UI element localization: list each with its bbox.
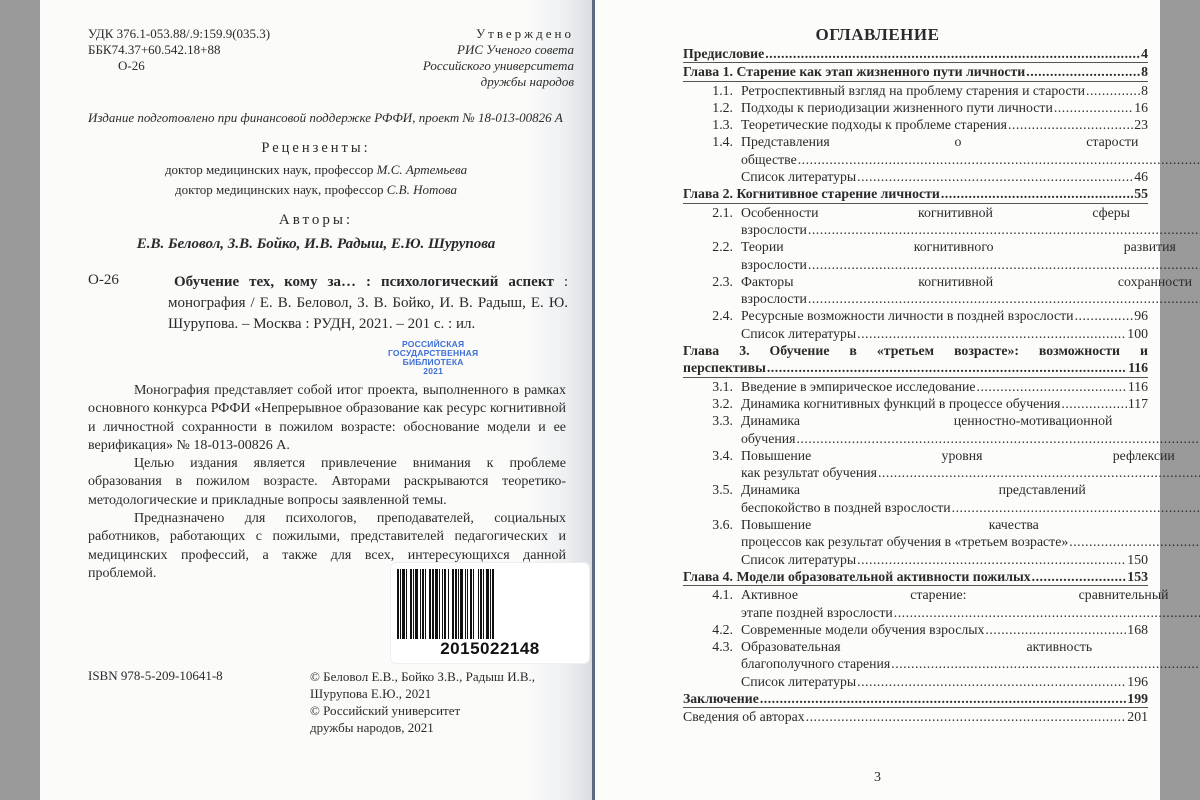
- book-title: Обучение тех, кому за… : психологический…: [174, 274, 554, 290]
- table-of-contents: Предисловие4Глава 1. Старение как этап ж…: [683, 45, 1148, 726]
- bbk-code: ББК74.37+60.542.18+88: [88, 42, 270, 58]
- toc-dot-leader: [808, 221, 1200, 238]
- toc-entry-title: Введение в эмпирическое исследование: [741, 378, 976, 395]
- toc-entry-title: этапе поздней взрослости: [741, 604, 893, 621]
- toc-entry-title: взрослости: [741, 221, 807, 238]
- toc-entry-word: развития: [1124, 238, 1176, 255]
- toc-entry-word: Представления: [741, 133, 830, 150]
- toc-entry-word: Повышение: [741, 447, 811, 464]
- toc-entry-number: 3.4.: [695, 447, 741, 482]
- copyright-line: © Беловол Е.В., Бойко З.В., Радыш И.В.,: [310, 668, 535, 685]
- toc-entry: 2.4.Ресурсные возможности личности в поз…: [683, 307, 1148, 324]
- toc-dot-leader: [857, 168, 1133, 185]
- barcode-sticker: 2015022148: [390, 562, 590, 664]
- toc-dot-leader: [1069, 533, 1200, 550]
- toc-entry-title: Глава 1. Старение как этап жизненного пу…: [683, 63, 1025, 80]
- toc-entry-number: 3.2.: [695, 395, 741, 412]
- approval-line: Российского университета: [423, 58, 574, 74]
- toc-dot-leader: [1061, 395, 1126, 412]
- toc-entry-word: Образовательная: [741, 638, 841, 655]
- toc-entry-line: этапе поздней взрослости153: [741, 604, 1200, 621]
- toc-dot-leader: [1054, 99, 1133, 116]
- toc-entry-word: Теории: [741, 238, 784, 255]
- toc-entry-word: активность: [1027, 638, 1093, 655]
- toc-entry-word: представлений: [999, 481, 1086, 498]
- toc-dot-leader: [857, 551, 1126, 568]
- bib-code: О-26: [88, 272, 119, 289]
- toc-dot-leader: [857, 325, 1126, 342]
- copyright-line: Шурупова Е.Ю., 2021: [310, 685, 535, 702]
- book-spread: УДК 376.1-053.88/.9:159.9(035.3) ББК74.3…: [40, 0, 1160, 800]
- toc-entry-word: Глава: [683, 342, 719, 359]
- toc-entry-word: Динамика: [741, 412, 800, 429]
- toc-entry: Сведения об авторах201: [683, 708, 1148, 725]
- toc-entry-title: Сведения об авторах: [683, 708, 805, 725]
- toc-entry-page: 201: [1127, 708, 1148, 725]
- toc-entry: Список литературы46: [683, 168, 1148, 185]
- toc-entry-page: 4: [1141, 45, 1148, 62]
- toc-entry-page: 116: [1128, 359, 1148, 376]
- toc-entry-word: Обучение: [770, 342, 830, 359]
- stamp-line: 2021: [388, 367, 478, 376]
- udk-code: УДК 376.1-053.88/.9:159.9(035.3): [88, 26, 270, 42]
- toc-entry-word: когнитивного: [914, 238, 994, 255]
- toc-entry: 3.3.Динамикаценностно-мотивационнойсферы…: [683, 412, 1148, 447]
- toc-entry-line: взрослости85: [741, 290, 1200, 307]
- toc-entry-line: обучения123: [741, 430, 1200, 447]
- toc-entry-line: взрослости77: [741, 256, 1200, 273]
- toc-entry: 3.2.Динамика когнитивных функций в проце…: [683, 395, 1148, 412]
- toc-entry-word: Особенности: [741, 204, 819, 221]
- funding-note: Издание подготовлено при финансовой подд…: [88, 110, 563, 126]
- toc-dot-leader: [985, 621, 1126, 638]
- toc-entry-word: уровня: [942, 447, 983, 464]
- toc-entry-number: 2.1.: [695, 204, 741, 239]
- toc-entry-number: 2.4.: [695, 307, 741, 324]
- toc-entry-page: 116: [1128, 378, 1148, 395]
- toc-entry-word: старости: [1086, 133, 1138, 150]
- toc-dot-leader: [891, 655, 1200, 672]
- toc-entry-page: 55: [1134, 185, 1148, 202]
- toc-entry-word: рефлексии: [1113, 447, 1175, 464]
- toc-dot-leader: [1026, 63, 1140, 80]
- library-stamp: РОССИЙСКАЯ ГОСУДАРСТВЕННАЯ БИБЛИОТЕКА 20…: [388, 340, 478, 376]
- toc-dot-leader: [977, 378, 1127, 395]
- annotation: Монография представляет собой итог проек…: [88, 382, 566, 583]
- reviewer-1: доктор медицинских наук, профессор М.С. …: [40, 162, 592, 178]
- toc-entry-word: сохранности: [1118, 273, 1192, 290]
- toc-entry-number: 3.3.: [695, 412, 741, 447]
- toc-entry-title: Заключение: [683, 690, 759, 707]
- toc-dot-leader: [878, 464, 1200, 481]
- toc-entry: Глава 2. Когнитивное старение личности55: [683, 185, 1148, 203]
- toc-entry: 4.2.Современные модели обучения взрослых…: [683, 621, 1148, 638]
- approval-block: Утверждено РИС Ученого совета Российског…: [423, 26, 574, 90]
- toc-entry-line: обществе34: [741, 151, 1200, 168]
- toc-entry-word: и: [1140, 342, 1148, 359]
- toc-entry: 4.3.Образовательнаяактивностьличностикак…: [683, 638, 1148, 673]
- toc-dot-leader: [765, 45, 1140, 62]
- toc-entry-title: обучения: [741, 430, 795, 447]
- toc-entry-page: 16: [1134, 99, 1148, 116]
- toc-entry: Глава3.Обучениев«третьемвозрасте»:возмож…: [683, 342, 1148, 378]
- toc-entry-word: сравнительный: [1079, 586, 1169, 603]
- toc-entry: 2.3.Факторыкогнитивнойсохранностиличност…: [683, 273, 1148, 308]
- toc-entry: Глава 4. Модели образовательной активнос…: [683, 568, 1148, 586]
- toc-entry-word: возрасте»:: [954, 342, 1019, 359]
- page-number: 3: [595, 770, 1160, 786]
- toc-dot-leader: [1008, 116, 1133, 133]
- toc-dot-leader: [1032, 568, 1127, 585]
- toc-entry-word: в: [849, 342, 856, 359]
- toc-entry-number: 4.2.: [695, 621, 741, 638]
- toc-entry-line: перспективы116: [683, 359, 1148, 376]
- toc-dot-leader: [806, 708, 1127, 725]
- toc-entry-number: 4.3.: [695, 638, 741, 673]
- toc-entry-title: Глава 4. Модели образовательной активнос…: [683, 568, 1031, 585]
- toc-entry-word: Динамика: [741, 481, 800, 498]
- authors-names: Е.В. Беловол, З.В. Бойко, И.В. Радыш, Е.…: [40, 236, 592, 253]
- toc-entry-title: перспективы: [683, 359, 766, 376]
- toc-entry-page: 46: [1134, 168, 1148, 185]
- toc-entry: 1.2.Подходы к периодизации жизненного пу…: [683, 99, 1148, 116]
- toc-entry-number: 4.1.: [695, 586, 741, 621]
- toc-entry-title: Ресурсные возможности личности в поздней…: [741, 307, 1074, 324]
- toc-entry-line: взрослости55: [741, 221, 1200, 238]
- authors-heading: Авторы:: [40, 212, 592, 229]
- toc-entry: 1.4.Представленияостаростивсовременномро…: [683, 133, 1148, 168]
- toc-entry: 4.1.Активноестарение:сравнительныйанализ…: [683, 586, 1148, 621]
- toc-dot-leader: [857, 673, 1126, 690]
- toc-entry-number: 1.4.: [695, 133, 741, 168]
- toc-entry: 3.1.Введение в эмпирическое исследование…: [683, 378, 1148, 395]
- approval-line: дружбы народов: [423, 74, 574, 90]
- toc-entry-page: 8: [1141, 63, 1148, 80]
- toc-entry-word: качества: [989, 516, 1039, 533]
- toc-entry-word: когнитивной: [918, 273, 993, 290]
- toc-entry-page: 96: [1134, 307, 1148, 324]
- toc-entry-page: 23: [1134, 116, 1148, 133]
- approval-line: РИС Ученого совета: [423, 42, 574, 58]
- toc-entry-word: Повышение: [741, 516, 811, 533]
- toc-entry-title: как результат обучения: [741, 464, 877, 481]
- toc-entry-word: о: [955, 133, 962, 150]
- toc-dot-leader: [808, 290, 1200, 307]
- toc-entry-line: как результат обучения129: [741, 464, 1200, 481]
- approval-heading: Утверждено: [423, 26, 574, 42]
- toc-entry-title: Список литературы: [741, 168, 856, 185]
- toc-entry: 1.1.Ретроспективный взгляд на проблему с…: [683, 82, 1148, 99]
- toc-entry-number: 2.2.: [695, 238, 741, 273]
- reviewers-heading: Рецензенты:: [40, 138, 592, 158]
- toc-dot-leader: [894, 604, 1200, 621]
- toc-entry-word: ценностно-мотивационной: [954, 412, 1113, 429]
- toc-entry-title: Динамика когнитивных функций в процессе …: [741, 395, 1060, 412]
- toc-entry: 3.6.Повышениекачестважизниидинамикапозна…: [683, 516, 1148, 551]
- toc-entry-number: 1.1.: [695, 82, 741, 99]
- toc-entry-line: беспокойство в поздней взрослости141: [741, 499, 1200, 516]
- toc-entry-word: возможности: [1039, 342, 1120, 359]
- reviewer-title: доктор медицинских наук, профессор: [175, 182, 383, 197]
- toc-entry-page: 100: [1127, 325, 1148, 342]
- toc-dot-leader: [1075, 307, 1134, 324]
- toc-entry-word: Активное: [741, 586, 798, 603]
- bib-record: Обучение тех, кому за… : психологический…: [168, 272, 568, 335]
- toc-dot-leader: [796, 430, 1200, 447]
- toc-entry-title: обществе: [741, 151, 797, 168]
- toc-entry: 3.4.Повышениеуровнярефлексиивмежличностн…: [683, 447, 1148, 482]
- classification-block: УДК 376.1-053.88/.9:159.9(035.3) ББК74.3…: [88, 26, 270, 74]
- toc-entry: Список литературы100: [683, 325, 1148, 342]
- barcode-number: 2015022148: [391, 639, 589, 659]
- annotation-paragraph: Монография представляет собой итог проек…: [88, 382, 566, 455]
- toc-dot-leader: [798, 151, 1200, 168]
- toc-entry-number: 1.3.: [695, 116, 741, 133]
- toc-dot-leader: [767, 359, 1127, 376]
- toc-dot-leader: [952, 499, 1200, 516]
- toc-entry-title: взрослости: [741, 290, 807, 307]
- toc-entry-page: 153: [1127, 568, 1148, 585]
- reviewer-2: доктор медицинских наук, профессор С.В. …: [40, 182, 592, 198]
- toc-entry-title: благополучного старения: [741, 655, 890, 672]
- toc-entry-title: Глава 2. Когнитивное старение личности: [683, 185, 940, 202]
- toc-entry-number: 3.6.: [695, 516, 741, 551]
- toc-entry-line: благополучного старения184: [741, 655, 1200, 672]
- copyright-line: © Российский университет: [310, 702, 535, 719]
- toc-entry-title: взрослости: [741, 256, 807, 273]
- left-page: УДК 376.1-053.88/.9:159.9(035.3) ББК74.3…: [40, 0, 592, 800]
- toc-dot-leader: [941, 185, 1133, 202]
- toc-entry: Заключение199: [683, 690, 1148, 708]
- toc-entry-title: Подходы к периодизации жизненного пути л…: [741, 99, 1053, 116]
- toc-entry-word: 3.: [739, 342, 749, 359]
- toc-entry-page: 8: [1141, 82, 1148, 99]
- annotation-paragraph: Целью издания является привлечение внима…: [88, 455, 566, 510]
- toc-entry-title: Список литературы: [741, 673, 856, 690]
- toc-entry-number: 3.1.: [695, 378, 741, 395]
- toc-entry-word: когнитивной: [918, 204, 993, 221]
- toc-entry-number: 3.5.: [695, 481, 741, 516]
- barcode-icon: [397, 569, 583, 639]
- toc-entry-title: Список литературы: [741, 551, 856, 568]
- toc-entry: Список литературы150: [683, 551, 1148, 568]
- toc-entry-page: 150: [1127, 551, 1148, 568]
- copyright-line: дружбы народов, 2021: [310, 719, 535, 736]
- copyright-block: © Беловол Е.В., Бойко З.В., Радыш И.В., …: [310, 668, 535, 736]
- toc-entry-page: 117: [1128, 395, 1148, 412]
- toc-entry: Список литературы196: [683, 673, 1148, 690]
- toc-entry: Предисловие4: [683, 45, 1148, 63]
- reviewer-name: М.С. Артемьева: [377, 162, 467, 177]
- toc-entry-title: Список литературы: [741, 325, 856, 342]
- toc-entry: 2.2.Теориикогнитивногоразвитияличностивп…: [683, 238, 1148, 273]
- toc-title: ОГЛАВЛЕНИЕ: [595, 25, 1160, 45]
- toc-entry: 1.3.Теоретические подходы к проблеме ста…: [683, 116, 1148, 133]
- toc-entry-number: 2.3.: [695, 273, 741, 308]
- toc-entry-page: 168: [1127, 621, 1148, 638]
- right-page: ОГЛАВЛЕНИЕ Предисловие4Глава 1. Старение…: [595, 0, 1160, 800]
- toc-dot-leader: [760, 690, 1126, 707]
- toc-entry-line: Глава3.Обучениев«третьемвозрасте»:возмож…: [683, 342, 1148, 359]
- toc-entry-title: процессов как результат обучения в «трет…: [741, 533, 1068, 550]
- toc-entry-page: 199: [1127, 690, 1148, 707]
- toc-entry: Глава 1. Старение как этап жизненного пу…: [683, 63, 1148, 81]
- toc-dot-leader: [1086, 82, 1140, 99]
- toc-entry-line: процессов как результат обучения в «трет…: [741, 533, 1200, 550]
- toc-entry-word: сферы: [1092, 204, 1130, 221]
- toc-entry-word: Факторы: [741, 273, 793, 290]
- toc-entry: 2.1.Особенностикогнитивнойсферыличностин…: [683, 204, 1148, 239]
- toc-entry-title: Ретроспективный взгляд на проблему старе…: [741, 82, 1085, 99]
- toc-entry-page: 196: [1127, 673, 1148, 690]
- toc-entry-number: 1.2.: [695, 99, 741, 116]
- toc-entry: 3.5.Динамикапредставленийопричинах,вызыв…: [683, 481, 1148, 516]
- toc-entry-title: Теоретические подходы к проблеме старени…: [741, 116, 1007, 133]
- toc-entry-word: «третьем: [877, 342, 934, 359]
- toc-entry-title: беспокойство в поздней взрослости: [741, 499, 951, 516]
- toc-dot-leader: [808, 256, 1200, 273]
- toc-entry-title: Современные модели обучения взрослых: [741, 621, 984, 638]
- isbn: ISBN 978-5-209-10641-8: [88, 668, 223, 684]
- toc-entry-title: Предисловие: [683, 45, 764, 62]
- toc-entry-word: старение:: [910, 586, 966, 603]
- author-mark: О-26: [88, 58, 270, 74]
- reviewer-title: доктор медицинских наук, профессор: [165, 162, 373, 177]
- reviewer-name: С.В. Нотова: [387, 182, 457, 197]
